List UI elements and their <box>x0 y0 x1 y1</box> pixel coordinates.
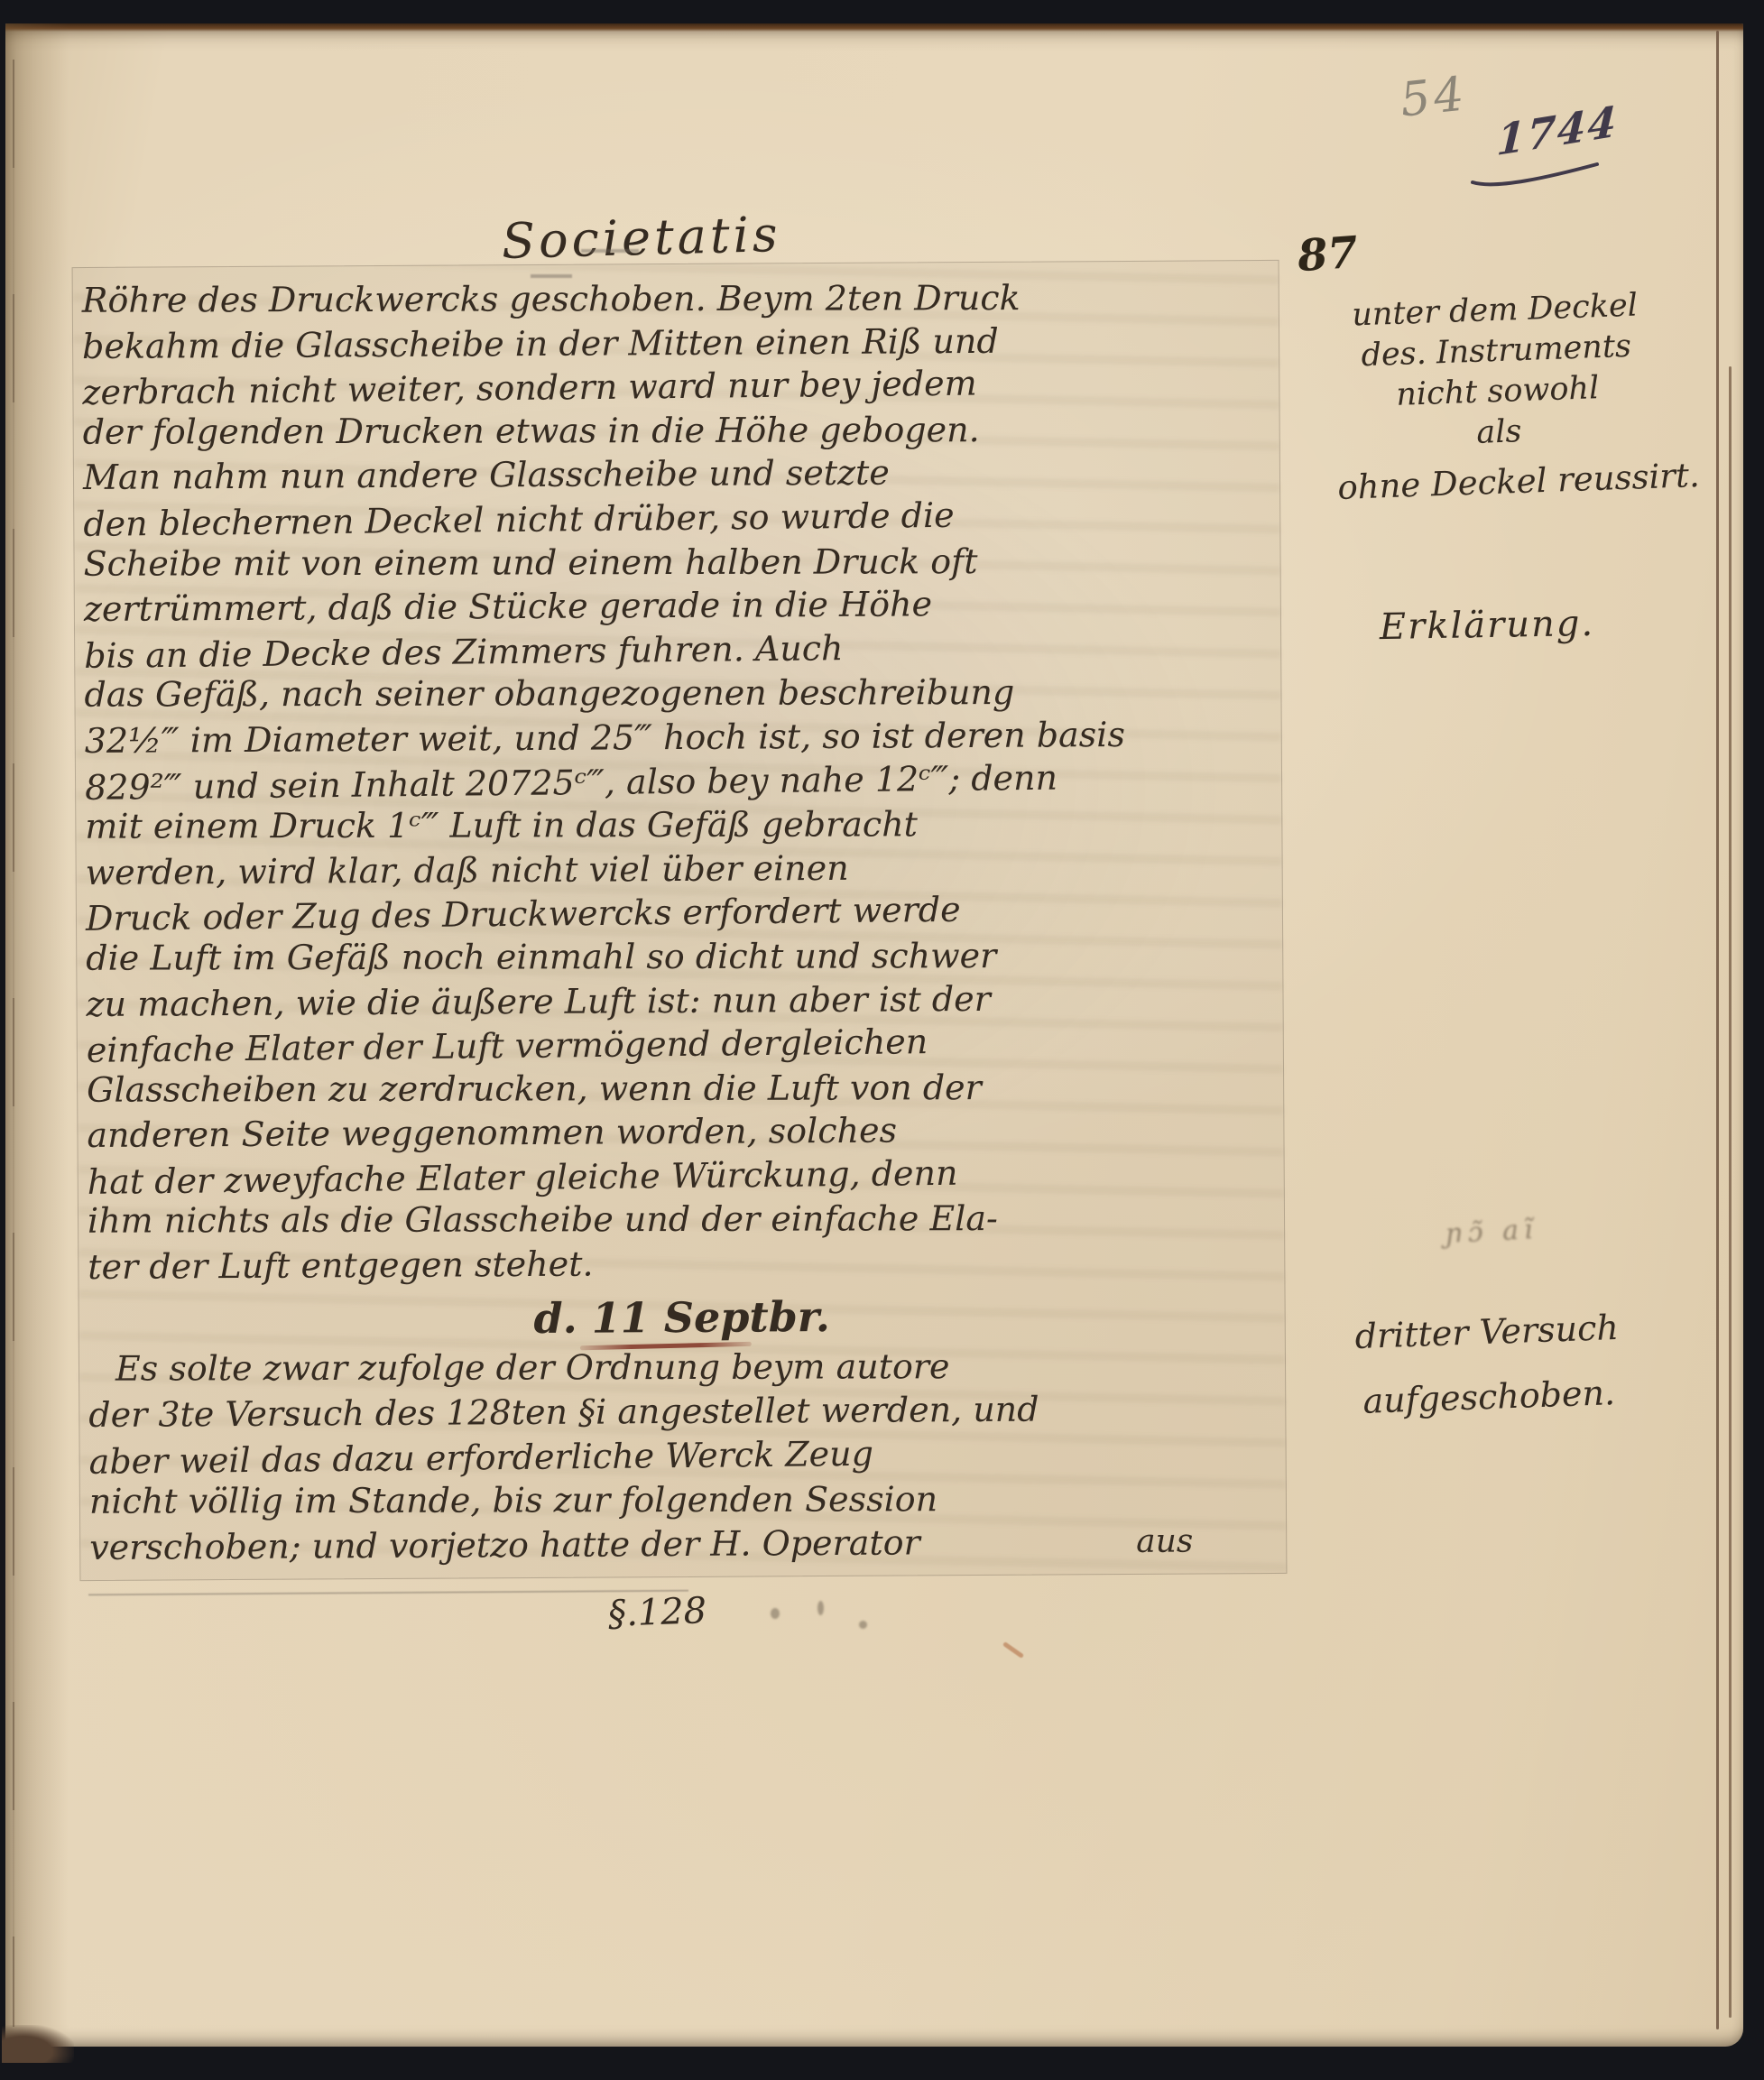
manuscript-line: verschoben; und vorjetzo hatte der H. Op… <box>89 1519 1280 1570</box>
date-heading: d. 11 Septbr. <box>79 1290 1285 1345</box>
pencil-rule-under-text <box>88 1590 688 1596</box>
ink-speck <box>859 1621 867 1629</box>
page-number: 87 <box>1296 227 1360 282</box>
margin-note-line: dritter Versuch <box>1310 1293 1664 1371</box>
right-page-edge-line-outer <box>1716 31 1719 2029</box>
manuscript-line: nicht völlig im Stande, bis zur folgende… <box>89 1476 1280 1523</box>
catchword: aus <box>1136 1523 1193 1560</box>
margin-note-erklaerung: Erklärung. <box>1352 602 1623 648</box>
manuscript-line: ihm nichts als die Glasscheibe und der e… <box>88 1197 1279 1243</box>
paragraph-1: Röhre des Druckwercks geschoben. Beym 2t… <box>82 273 1279 1290</box>
ink-speck <box>771 1608 780 1619</box>
orange-ink-mark <box>1002 1641 1024 1659</box>
page-title: Societatis <box>501 206 781 270</box>
year-underline-flourish <box>1469 155 1604 191</box>
ink-speck <box>817 1601 824 1615</box>
right-page-edge-line-inner <box>1729 366 1732 2018</box>
binding-gutter-shadow <box>5 23 69 2047</box>
manuscript-line: Es solte zwar zufolge der Ordnung beym a… <box>88 1344 1279 1391</box>
manuscript-line: ter der Luft entgegen stehet. <box>88 1238 1279 1290</box>
manuscript-line: Röhre des Druckwercks geschoben. Beym 2t… <box>82 275 1273 322</box>
margin-note-deckel: unter dem Deckel des. Instruments nicht … <box>1300 284 1694 460</box>
paragraph-2: Es solte zwar zufolge der Ordnung beym a… <box>88 1342 1280 1570</box>
margin-note-ohne-deckel: ohne Deckel reussirt. <box>1315 455 1722 508</box>
manuscript-line: der folgenden Drucken etwas in die Höhe … <box>83 407 1274 454</box>
page-top-edge <box>5 23 1743 32</box>
manuscript-line: das Gefäß, nach seiner obangezogenen bes… <box>84 670 1275 717</box>
margin-note-line: aufgeschoben. <box>1312 1358 1666 1436</box>
manuscript-line: mit einem Druck 1ᶜ‴ Luft in das Gefäß ge… <box>85 801 1276 848</box>
manuscript-page: 54 1744 Societatis 87 Röhre des Druckwer… <box>5 23 1743 2047</box>
main-text-block: Röhre des Druckwercks geschoben. Beym 2t… <box>72 260 1288 1581</box>
section-paragraph-mark: §.128 <box>607 1590 707 1635</box>
manuscript-line: die Luft im Gefäß noch einmahl so dicht … <box>86 933 1277 980</box>
margin-note-dritter-versuch: dritter Versuch aufgeschoben. <box>1310 1293 1667 1436</box>
manuscript-line: Glasscheiben zu zerdrucken, wenn die Luf… <box>87 1065 1278 1112</box>
left-page-edge-line <box>13 60 14 2027</box>
bottom-left-corner-stain <box>2 2025 74 2063</box>
folio-number-pencil: 54 <box>1398 67 1470 127</box>
ink-smudge: ɲɔ̃ aĩ <box>1445 1211 1592 1269</box>
pencil-tick <box>581 249 639 253</box>
manuscript-line: Scheibe mit von einem und einem halben D… <box>84 539 1275 586</box>
